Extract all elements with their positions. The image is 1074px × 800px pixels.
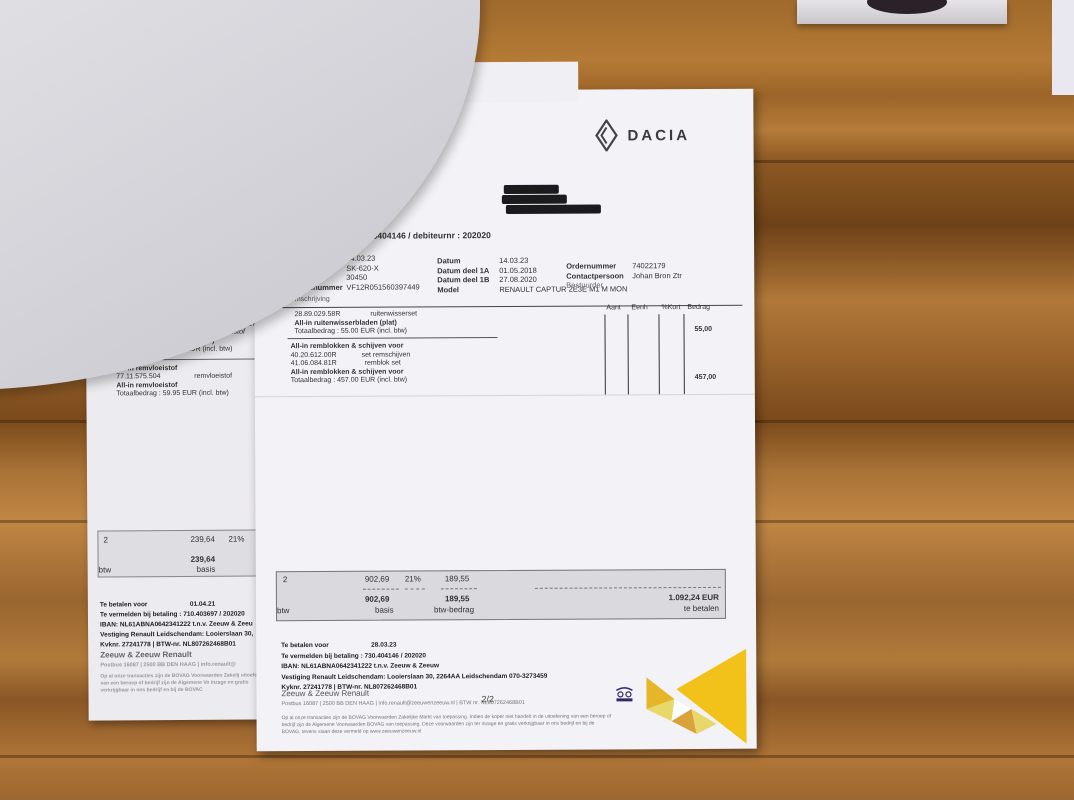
vat-summary: 2 902,69 21% 189,55 902,69 189,55 1.092,… xyxy=(276,569,726,621)
redacted-address xyxy=(502,195,567,204)
amount-brakes: 457,00 xyxy=(695,374,716,381)
amount-wipers: 55,00 xyxy=(695,326,713,333)
col-eenh: Eenh xyxy=(631,304,647,311)
col-aant: Aant xyxy=(606,304,620,311)
meta-right: Ordernummer74022179 ContactpersoonJohan … xyxy=(566,261,682,290)
invoice-group-brakes: All-in remblokken & schijven voor 40.20.… xyxy=(291,342,411,385)
redacted-address xyxy=(504,185,559,194)
bovag-logo-icon xyxy=(614,685,634,703)
col-bedrag: Bedrag xyxy=(687,304,710,311)
payment-info: Te betalen voor28.03.23 Te vermelden bij… xyxy=(281,640,547,694)
grand-total: 1.092,24 EUR xyxy=(669,593,719,602)
box-on-table xyxy=(797,0,1007,24)
brake-fluid-total: Totaalbedrag : 59.95 EUR (incl. btw) xyxy=(116,389,266,399)
decorative-triangles-icon xyxy=(646,649,747,750)
dacia-logo: DACIA xyxy=(593,119,690,152)
redacted-address xyxy=(506,204,601,213)
table-plank-seam xyxy=(0,755,1074,758)
paper-edge xyxy=(1052,0,1074,95)
col-korting: %Kort xyxy=(661,304,680,311)
renault-diamond-icon xyxy=(593,119,619,151)
back-vat-summary: 2 239,64 21% 239,64 btw basis bt xyxy=(97,529,269,577)
footer-company: Zeeuw & Zeeuw Renault xyxy=(281,689,369,698)
paper-fold xyxy=(255,394,755,398)
page-number: 2/2 xyxy=(481,694,494,704)
terms-text: Op al onze transacties zijn de BOVAG Voo… xyxy=(282,713,612,736)
back-payment-info: Te betalen voor01.04.21 Te vermelden bij… xyxy=(100,599,271,694)
invoice-group-wipers: 28.89.029.58Rruitenwisserset All-in ruit… xyxy=(294,310,417,336)
